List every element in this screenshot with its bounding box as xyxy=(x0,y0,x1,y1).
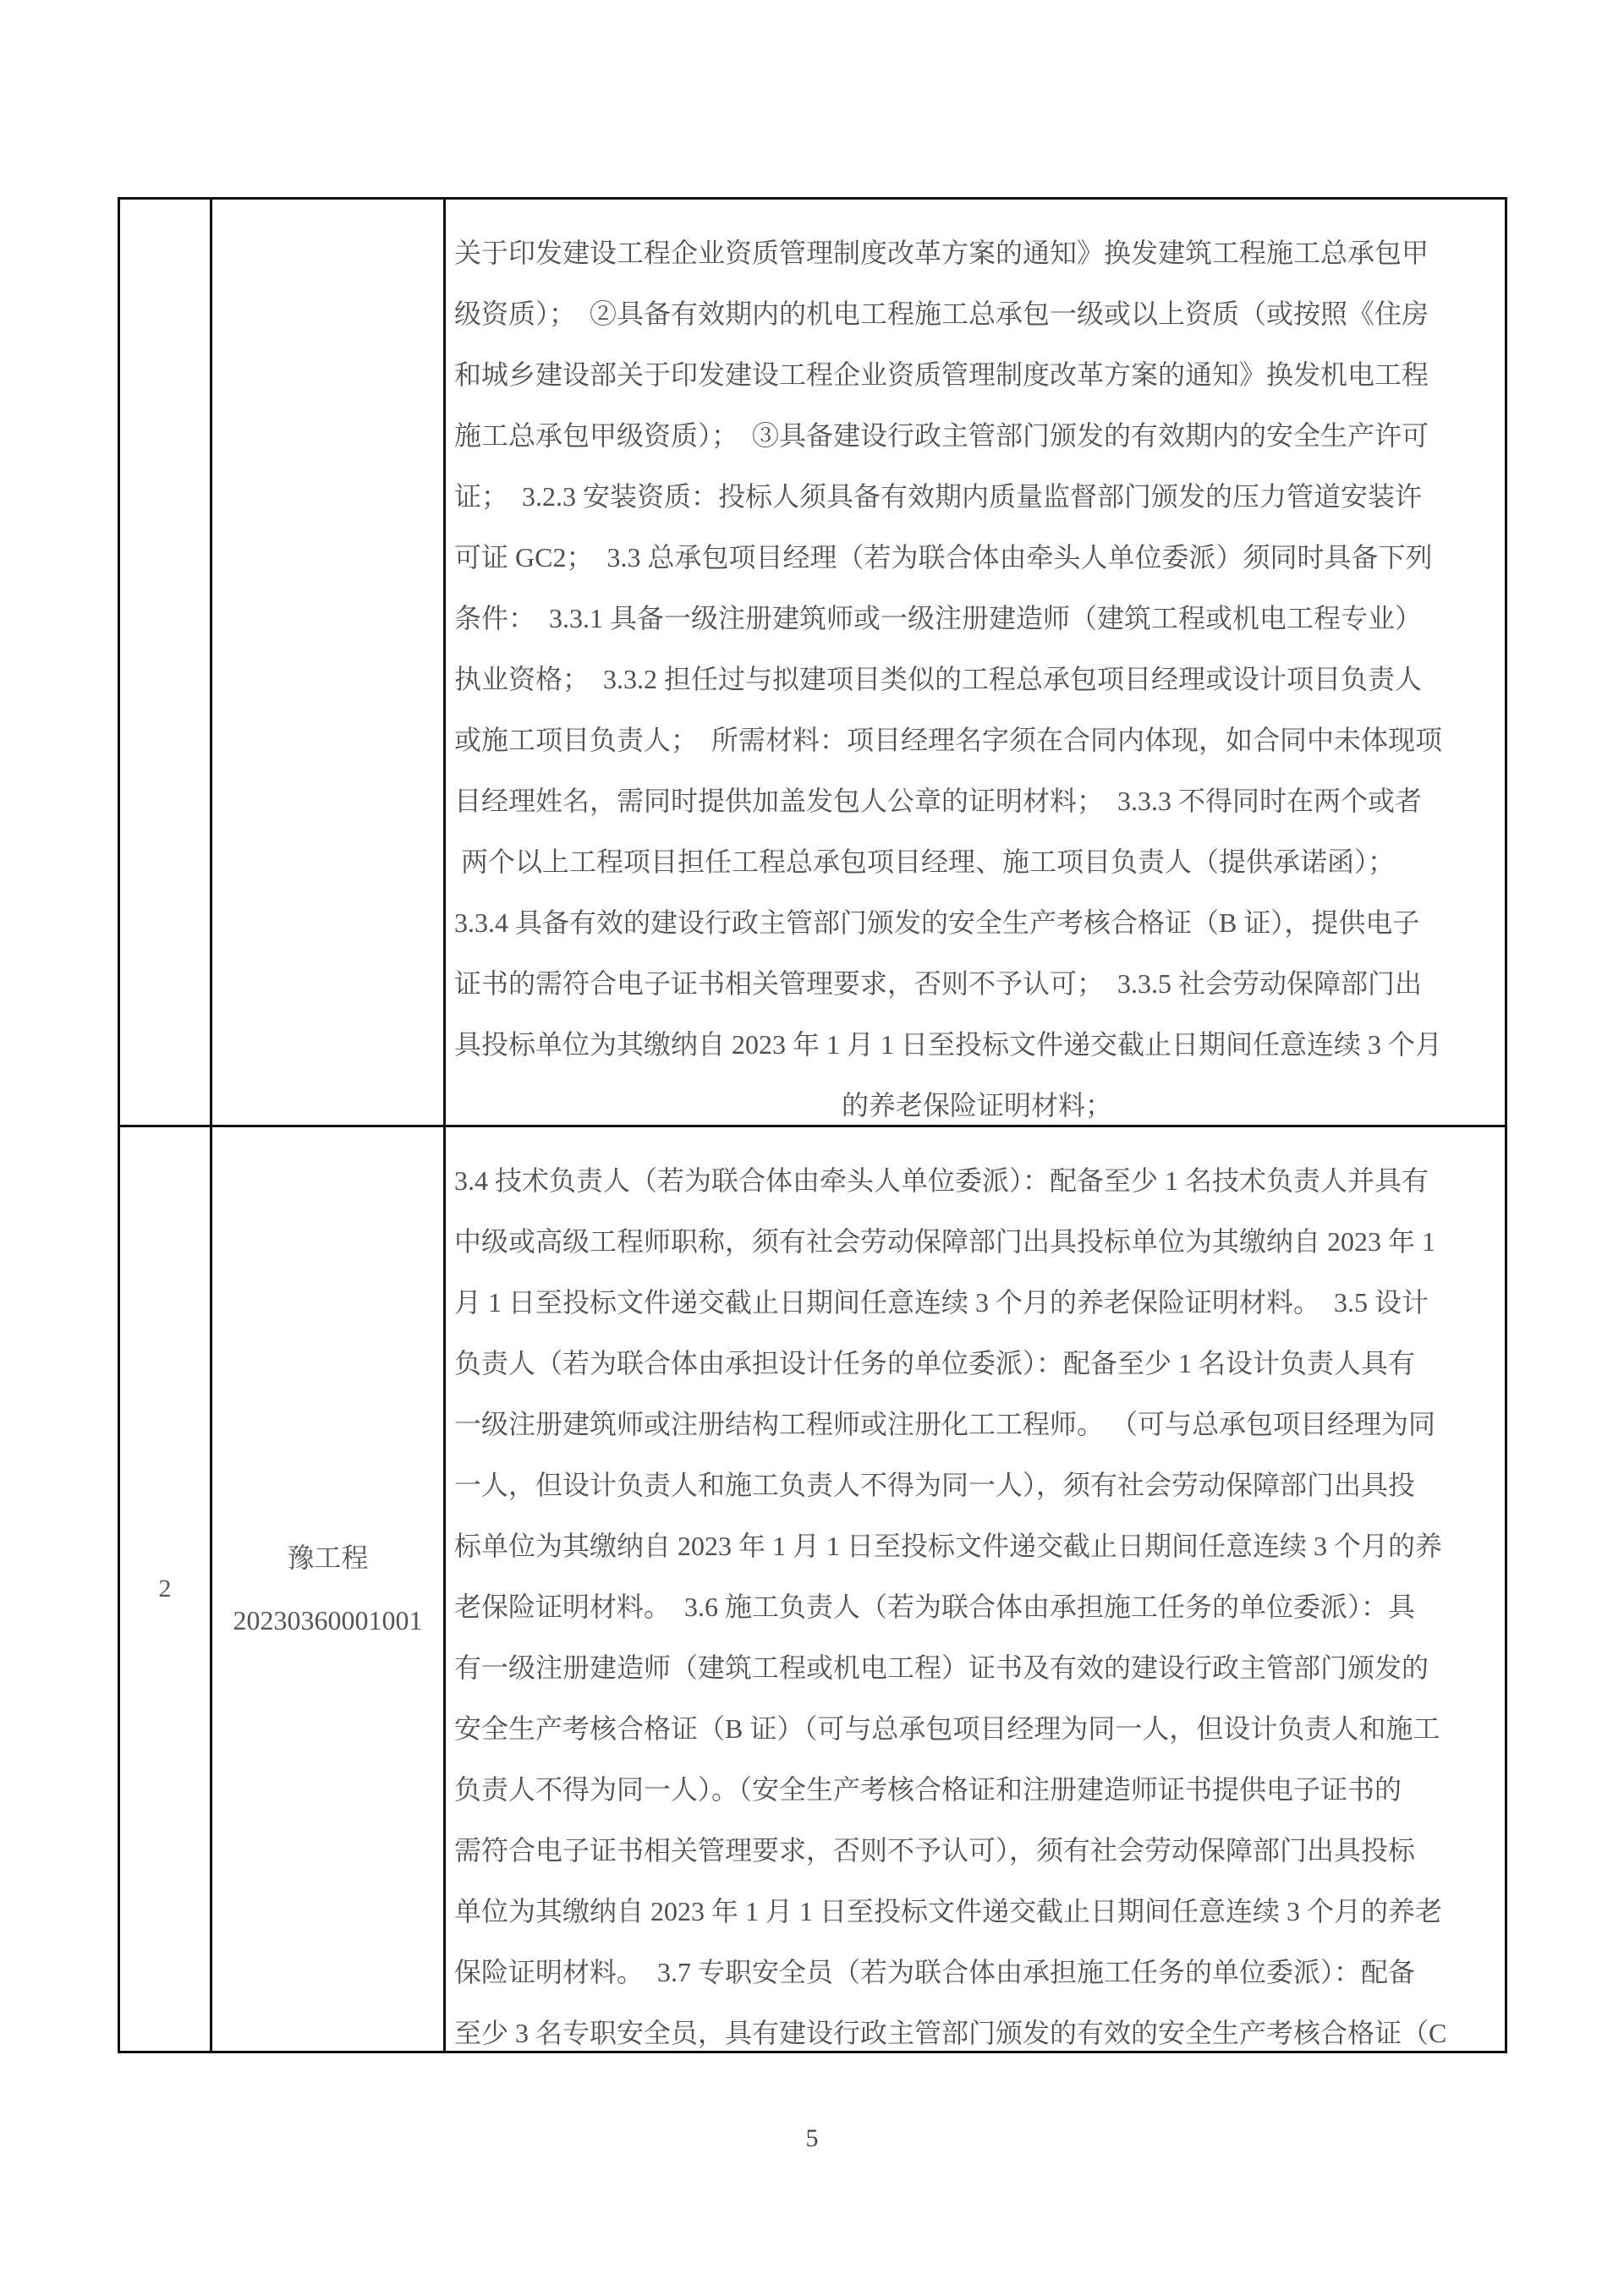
text-line: 老保险证明材料。 3.6 施工负责人（若为联合体由承担施工任务的单位委派）：具 xyxy=(454,1576,1500,1637)
text-line: 级资质）； ②具备有效期内的机电工程施工总承包一级或以上资质（或按照《住房 xyxy=(454,283,1500,344)
text-line: 3.4 技术负责人（若为联合体由牵头人单位委派）：配备至少 1 名技术负责人并具… xyxy=(454,1150,1500,1211)
text-line: 负责人不得为同一人）。（安全生产考核合格证和注册建造师证书提供电子证书的 xyxy=(454,1759,1500,1820)
text-line: 关于印发建设工程企业资质管理制度改革方案的通知》换发建筑工程施工总承包甲 xyxy=(454,222,1500,283)
text-line: 或施工项目负责人； 所需材料：项目经理名字须在合同内体现，如合同中未体现项 xyxy=(454,710,1500,770)
text-line: 标单位为其缴纳自 2023 年 1 月 1 日至投标文件递交截止日期间任意连续 … xyxy=(454,1515,1500,1576)
text-line: 有一级注册建造师（建筑工程或机电工程）证书及有效的建设行政主管部门颁发的 xyxy=(454,1637,1500,1698)
text-line: 具投标单位为其缴纳自 2023 年 1 月 1 日至投标文件递交截止日期间任意连… xyxy=(454,1014,1500,1075)
text-line: 需符合电子证书相关管理要求，否则不予认可），须有社会劳动保障部门出具投标 xyxy=(454,1820,1500,1881)
text-line: 的养老保险证明材料； xyxy=(454,1075,1500,1125)
text-line: 安全生产考核合格证（B 证）（可与总承包项目经理为同一人，但设计负责人和施工 xyxy=(454,1698,1500,1759)
text-line: 至少 3 名专职安全员，具有建设行政主管部门颁发的有效的安全生产考核合格证（C xyxy=(454,2003,1500,2051)
text-line: 一人，但设计负责人和施工负责人不得为同一人），须有社会劳动保障部门出具投 xyxy=(454,1455,1500,1515)
row2-seq: 2 xyxy=(159,1575,172,1603)
text-line: 条件： 3.3.1 具备一级注册建筑师或一级注册建造师（建筑工程或机电工程专业） xyxy=(454,588,1500,649)
text-line: 证； 3.2.3 安装资质：投标人须具备有效期内质量监督部门颁发的压力管道安装许 xyxy=(454,466,1500,527)
text-line: 3.3.4 具备有效的建设行政主管部门颁发的安全生产考核合格证（B 证），提供电… xyxy=(454,892,1500,953)
text-line: 可证 GC2； 3.3 总承包项目经理（若为联合体由牵头人单位委派）须同时具备下… xyxy=(454,527,1500,588)
row2-project-cell: 豫工程 20230360001001 xyxy=(212,1125,446,2051)
row1-project-cell xyxy=(212,200,446,1125)
row1-seq-cell xyxy=(120,200,212,1125)
text-line: 单位为其缴纳自 2023 年 1 月 1 日至投标文件递交截止日期间任意连续 3… xyxy=(454,1881,1500,1942)
row2-seq-cell: 2 xyxy=(120,1125,212,2051)
text-line: 中级或高级工程师职称，须有社会劳动保障部门出具投标单位为其缴纳自 2023 年 … xyxy=(454,1211,1500,1272)
row2-project-name: 豫工程 xyxy=(287,1526,368,1589)
text-line: 一级注册建筑师或注册结构工程师或注册化工工程师。 （可与总承包项目经理为同 xyxy=(454,1394,1500,1455)
text-line: 证书的需符合电子证书相关管理要求，否则不予认可； 3.3.5 社会劳动保障部门出 xyxy=(454,953,1500,1014)
row2-requirements-cell: 3.4 技术负责人（若为联合体由牵头人单位委派）：配备至少 1 名技术负责人并具… xyxy=(446,1125,1505,2051)
text-line: 目经理姓名，需同时提供加盖发包人公章的证明材料； 3.3.3 不得同时在两个或者 xyxy=(454,770,1500,831)
text-line: 月 1 日至投标文件递交截止日期间任意连续 3 个月的养老保险证明材料。 3.5… xyxy=(454,1272,1500,1333)
bid-requirements-table: 关于印发建设工程企业资质管理制度改革方案的通知》换发建筑工程施工总承包甲 级资质… xyxy=(118,197,1507,2053)
page-number: 5 xyxy=(0,2124,1624,2153)
row1-requirements-cell: 关于印发建设工程企业资质管理制度改革方案的通知》换发建筑工程施工总承包甲 级资质… xyxy=(446,200,1505,1125)
text-line: 和城乡建设部关于印发建设工程企业资质管理制度改革方案的通知》换发机电工程 xyxy=(454,344,1500,405)
text-line: 施工总承包甲级资质）； ③具备建设行政主管部门颁发的有效期内的安全生产许可 xyxy=(454,405,1500,466)
text-line: 负责人（若为联合体由承担设计任务的单位委派）：配备至少 1 名设计负责人具有 xyxy=(454,1333,1500,1394)
text-line: 两个以上工程项目担任工程总承包项目经理、施工项目负责人（提供承诺函）； xyxy=(454,831,1500,892)
text-line: 保险证明材料。 3.7 专职安全员（若为联合体由承担施工任务的单位委派）：配备 xyxy=(454,1942,1500,2003)
text-line: 执业资格； 3.3.2 担任过与拟建项目类似的工程总承包项目经理或设计项目负责人 xyxy=(454,649,1500,710)
row2-project-code: 20230360001001 xyxy=(233,1589,423,1652)
